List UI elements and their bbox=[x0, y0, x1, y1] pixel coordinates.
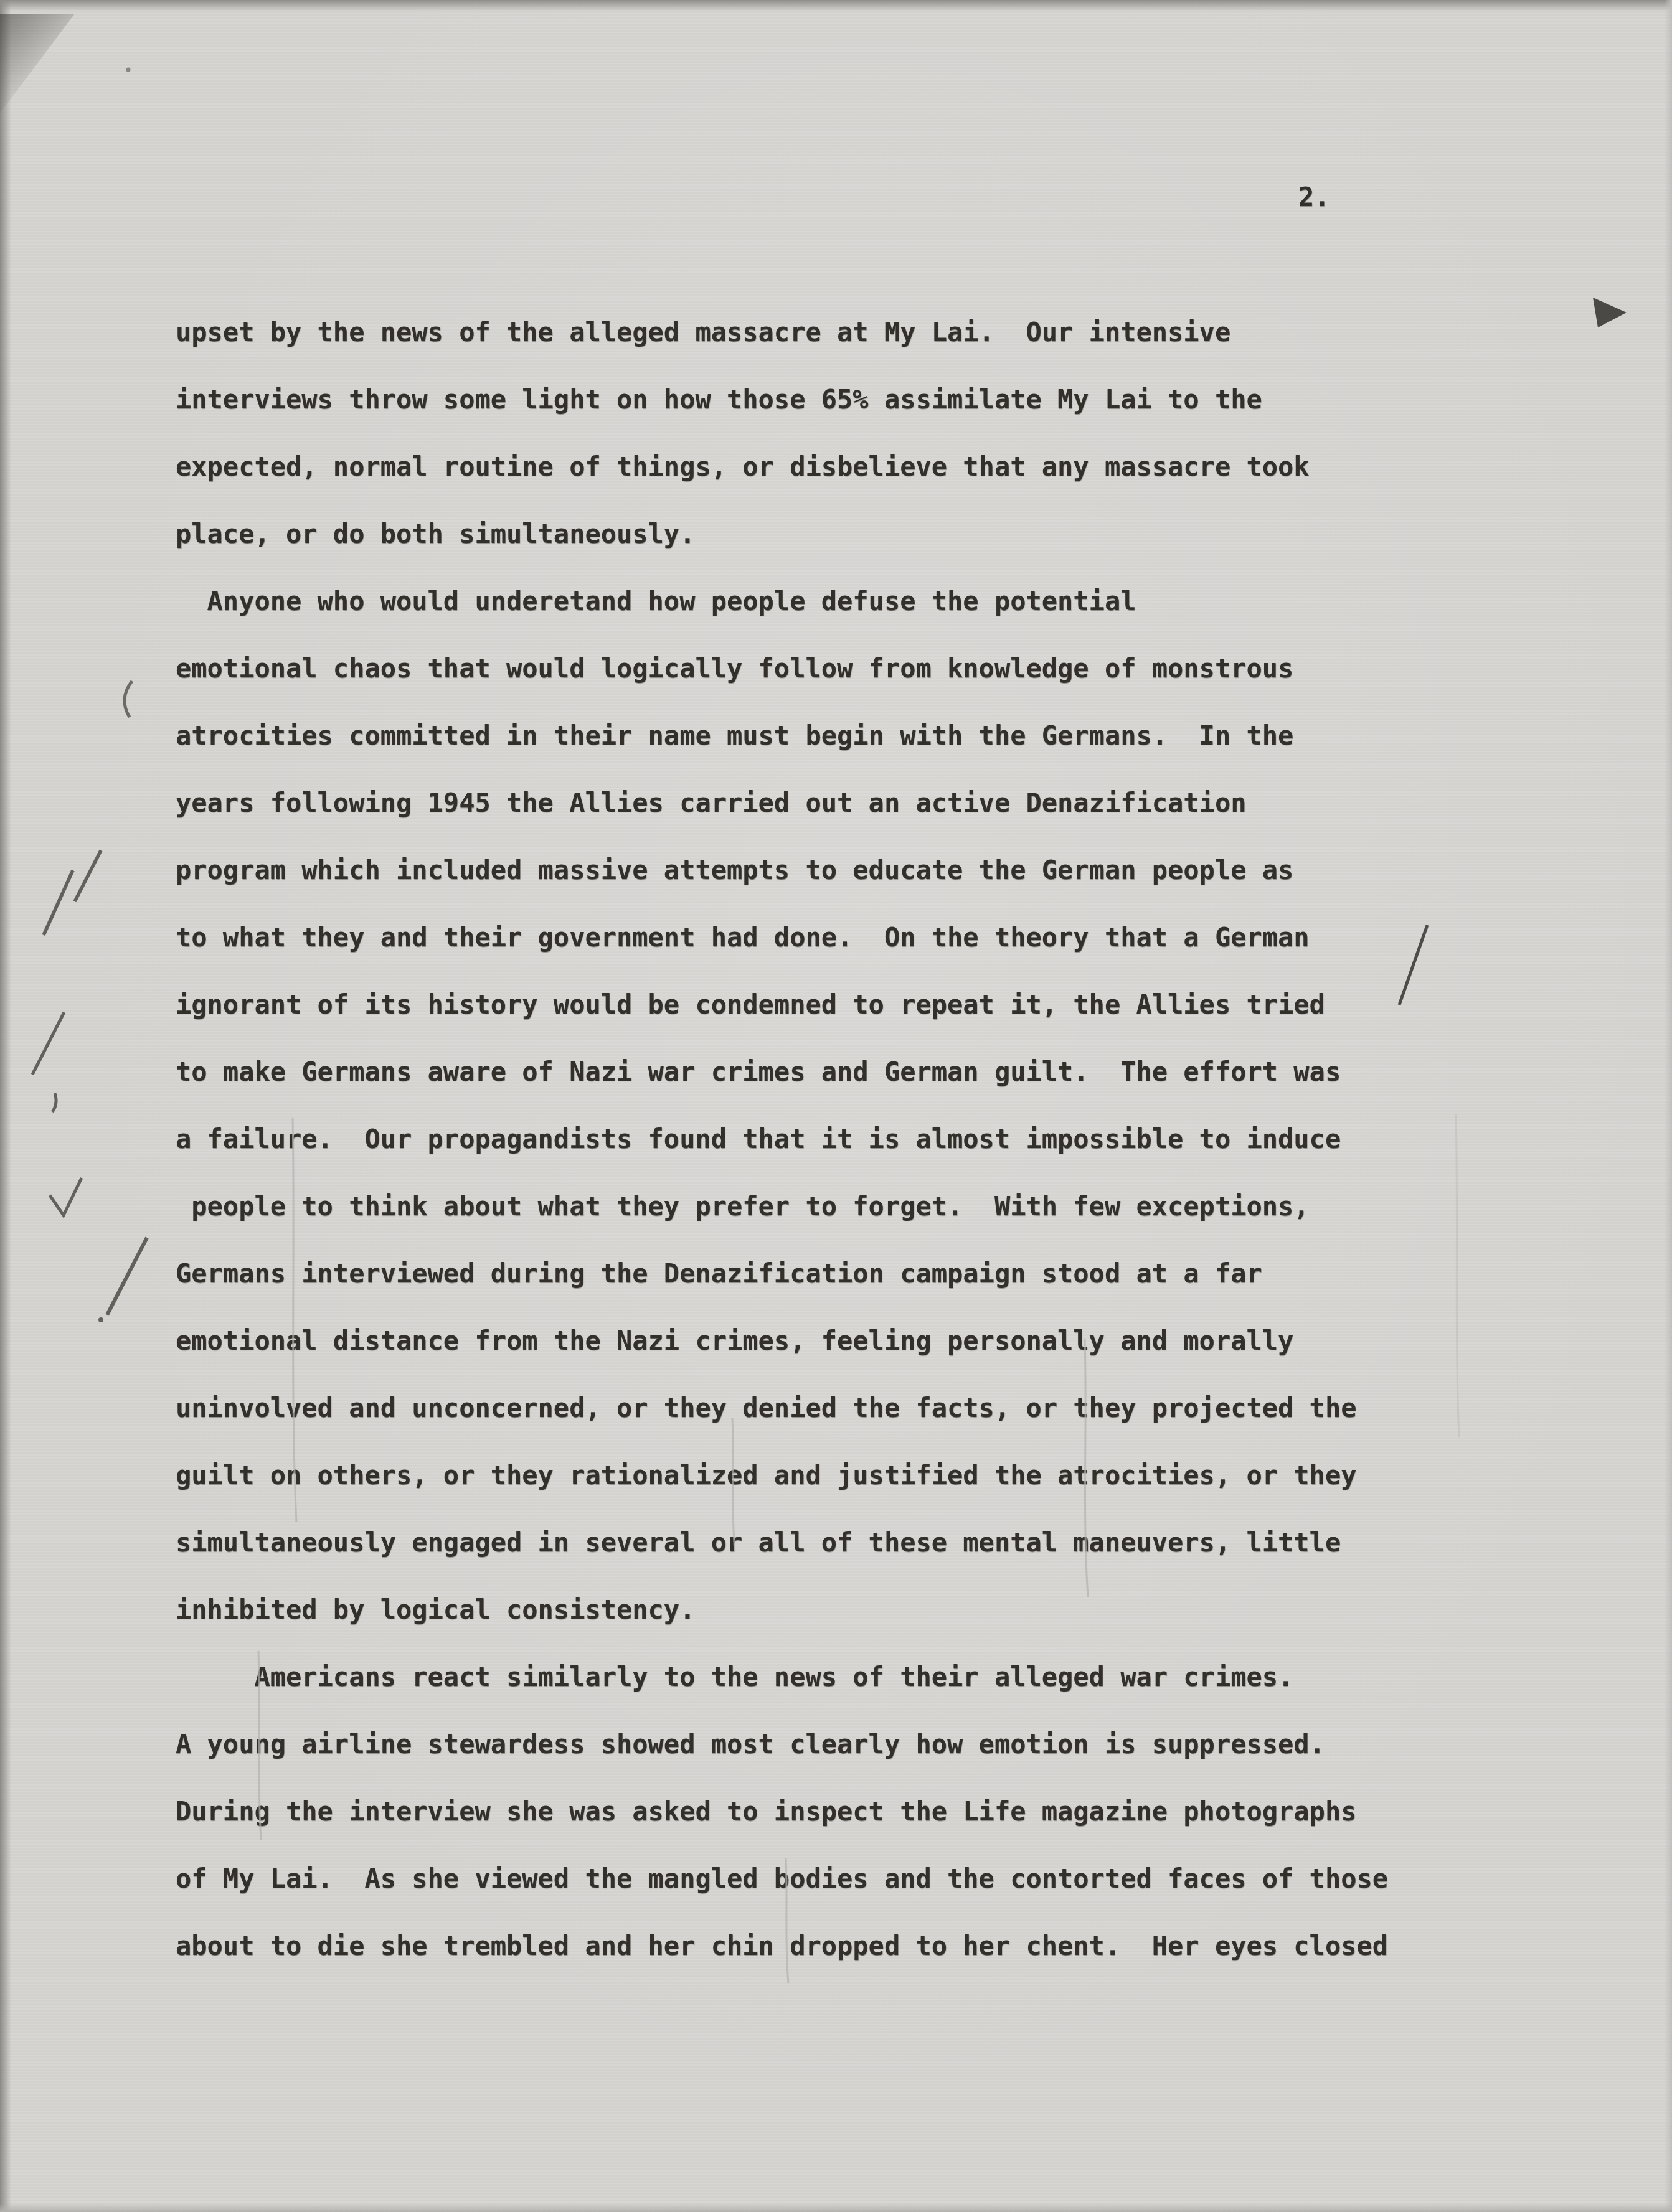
text-line: years following 1945 the Allies carried … bbox=[176, 769, 1483, 837]
text-segment: During the interview she was asked to in… bbox=[176, 1796, 963, 1827]
pencil-dot bbox=[126, 68, 131, 72]
text-line: about to die she trembled and her chin d… bbox=[176, 1913, 1483, 1980]
page-edge-left bbox=[0, 0, 11, 2212]
paren-tick-mark bbox=[125, 681, 132, 717]
text-line: emotional chaos that would logically fol… bbox=[176, 635, 1483, 702]
long-slash-mark bbox=[98, 1238, 147, 1322]
underlined-word-life: Life bbox=[963, 1796, 1026, 1834]
text-line: Americans react similarly to the news of… bbox=[176, 1644, 1483, 1711]
scanned-typescript-page: 2. upset by the news of the alleged mass… bbox=[0, 0, 1672, 2212]
page-edge-top bbox=[0, 0, 1672, 11]
text-line: uninvolved and unconcerned, or they deni… bbox=[176, 1375, 1483, 1442]
text-line: people to think about what they prefer t… bbox=[176, 1173, 1483, 1240]
text-line: ignorant of its history would be condemn… bbox=[176, 971, 1483, 1038]
page-number: 2. bbox=[1298, 184, 1330, 210]
typed-text-block: upset by the news of the alleged massacr… bbox=[176, 299, 1483, 1980]
text-line: emotional distance from the Nazi crimes,… bbox=[176, 1307, 1483, 1375]
check-mark bbox=[50, 1178, 82, 1215]
text-line: inhibited by logical consistency. bbox=[176, 1576, 1483, 1644]
text-line: Germans interviewed during the Denazific… bbox=[176, 1240, 1483, 1307]
slash-and-dot-mark bbox=[32, 1012, 64, 1112]
corner-fold-shadow bbox=[0, 14, 75, 113]
page-edge-bottom bbox=[0, 2203, 1672, 2212]
text-line: place, or do both simultaneously. bbox=[176, 501, 1483, 568]
text-line: Anyone who would underetand how people d… bbox=[176, 568, 1483, 635]
down-arrowhead-mark bbox=[1593, 298, 1627, 327]
double-slash-mark bbox=[44, 850, 101, 935]
text-line: guilt on others, or they rationalized an… bbox=[176, 1442, 1483, 1509]
text-line: expected, normal routine of things, or d… bbox=[176, 433, 1483, 501]
page-edge-right bbox=[1665, 0, 1672, 2212]
text-line: A young airline stewardess showed most c… bbox=[176, 1711, 1483, 1778]
text-line: a failure. Our propagandists found that … bbox=[176, 1106, 1483, 1173]
text-line: of My Lai. As she viewed the mangled bod… bbox=[176, 1845, 1483, 1913]
text-line: interviews throw some light on how those… bbox=[176, 366, 1483, 433]
text-segment: magazine photographs bbox=[1026, 1796, 1356, 1827]
text-line: atrocities committed in their name must … bbox=[176, 702, 1483, 769]
text-line: simultaneously engaged in several or all… bbox=[176, 1509, 1483, 1576]
text-line-with-underline: During the interview she was asked to in… bbox=[176, 1778, 1483, 1845]
text-line: upset by the news of the alleged massacr… bbox=[176, 299, 1483, 366]
text-line: program which included massive attempts … bbox=[176, 837, 1483, 904]
text-line: to make Germans aware of Nazi war crimes… bbox=[176, 1038, 1483, 1106]
text-line: to what they and their government had do… bbox=[176, 904, 1483, 971]
